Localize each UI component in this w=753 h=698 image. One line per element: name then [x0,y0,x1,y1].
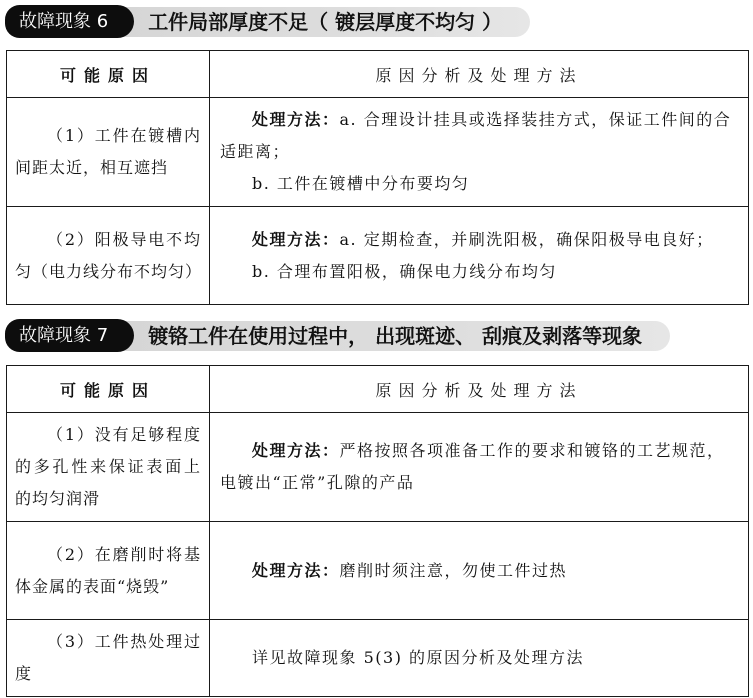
method-line: b. 工件在镀槽中分布要均匀 [220,168,738,200]
cause-cell: （3）工件热处理过度 [7,620,210,697]
fault-7-table: 可能原因 原因分析及处理方法 （1）没有足够程度的多孔性来保证表面上的均匀润滑 … [6,365,749,697]
table-header-row: 可能原因 原因分析及处理方法 [7,51,749,98]
cause-cell: （2）在磨削时将基体金属的表面“烧毁” [7,522,210,620]
method-line: 处理方法：a. 合理设计挂具或选择装挂方式，保证工件间的合适距离； [220,104,738,168]
method-text: a. 定期检查，并刷洗阳极，确保阳极导电良好； [340,230,714,249]
method-label: 处理方法： [252,441,340,460]
fault-7-title: 镀铬工件在使用过程中， 出现斑迹、 刮痕及剥落等现象 [120,321,670,351]
method-line: b. 合理布置阳极，确保电力线分布均匀 [220,256,738,288]
cause-text: （2）阳极导电不均匀（电力线分布不均匀） [15,224,201,288]
method-label: 处理方法： [252,561,340,580]
method-line: 处理方法：磨削时须注意，勿使工件过热 [220,555,738,587]
cause-text: （2）在磨削时将基体金属的表面“烧毁” [15,539,201,603]
cause-text: （1）工件在镀槽内间距太近，相互遮挡 [15,120,201,184]
method-line: 处理方法：a. 定期检查，并刷洗阳极，确保阳极导电良好； [220,224,738,256]
fault-7-header: 故障现象 7 镀铬工件在使用过程中， 出现斑迹、 刮痕及剥落等现象 [5,319,670,352]
cause-text: （1）没有足够程度的多孔性来保证表面上的均匀润滑 [15,419,201,515]
method-cell: 详见故障现象 5(3) 的原因分析及处理方法 [210,620,749,697]
table-header-row: 可能原因 原因分析及处理方法 [7,366,749,413]
method-text: 磨削时须注意，勿使工件过热 [340,561,568,580]
method-cell: 处理方法：磨削时须注意，勿使工件过热 [210,522,749,620]
header-possible-cause: 可能原因 [7,366,210,413]
table-row: （1）没有足够程度的多孔性来保证表面上的均匀润滑 处理方法：严格按照各项准备工作… [7,413,749,522]
method-cell: 处理方法：a. 合理设计挂具或选择装挂方式，保证工件间的合适距离； b. 工件在… [210,98,749,207]
fault-6-table: 可能原因 原因分析及处理方法 （1）工件在镀槽内间距太近，相互遮挡 处理方法：a… [6,50,749,305]
header-possible-cause: 可能原因 [7,51,210,98]
table-row: （3）工件热处理过度 详见故障现象 5(3) 的原因分析及处理方法 [7,620,749,697]
table-row: （2）在磨削时将基体金属的表面“烧毁” 处理方法：磨削时须注意，勿使工件过热 [7,522,749,620]
fault-6-header: 故障现象 6 工件局部厚度不足（ 镀层厚度不均匀 ） [5,5,530,38]
method-line: 处理方法：严格按照各项准备工作的要求和镀铬的工艺规范，电镀出“正常”孔隙的产品 [220,435,738,499]
fault-6-title: 工件局部厚度不足（ 镀层厚度不均匀 ） [120,7,530,37]
method-label: 处理方法： [252,230,340,249]
cause-cell: （2）阳极导电不均匀（电力线分布不均匀） [7,207,210,305]
header-analysis-method: 原因分析及处理方法 [210,366,749,413]
fault-7-badge: 故障现象 7 [5,319,134,352]
table-row: （1）工件在镀槽内间距太近，相互遮挡 处理方法：a. 合理设计挂具或选择装挂方式… [7,98,749,207]
method-cell: 处理方法：a. 定期检查，并刷洗阳极，确保阳极导电良好； b. 合理布置阳极，确… [210,207,749,305]
header-analysis-method: 原因分析及处理方法 [210,51,749,98]
cause-cell: （1）没有足够程度的多孔性来保证表面上的均匀润滑 [7,413,210,522]
method-line: 详见故障现象 5(3) 的原因分析及处理方法 [220,642,738,674]
cause-cell: （1）工件在镀槽内间距太近，相互遮挡 [7,98,210,207]
method-label: 处理方法： [252,110,340,129]
method-cell: 处理方法：严格按照各项准备工作的要求和镀铬的工艺规范，电镀出“正常”孔隙的产品 [210,413,749,522]
fault-6-badge: 故障现象 6 [5,5,134,38]
cause-text: （3）工件热处理过度 [15,626,201,690]
table-row: （2）阳极导电不均匀（电力线分布不均匀） 处理方法：a. 定期检查，并刷洗阳极，… [7,207,749,305]
